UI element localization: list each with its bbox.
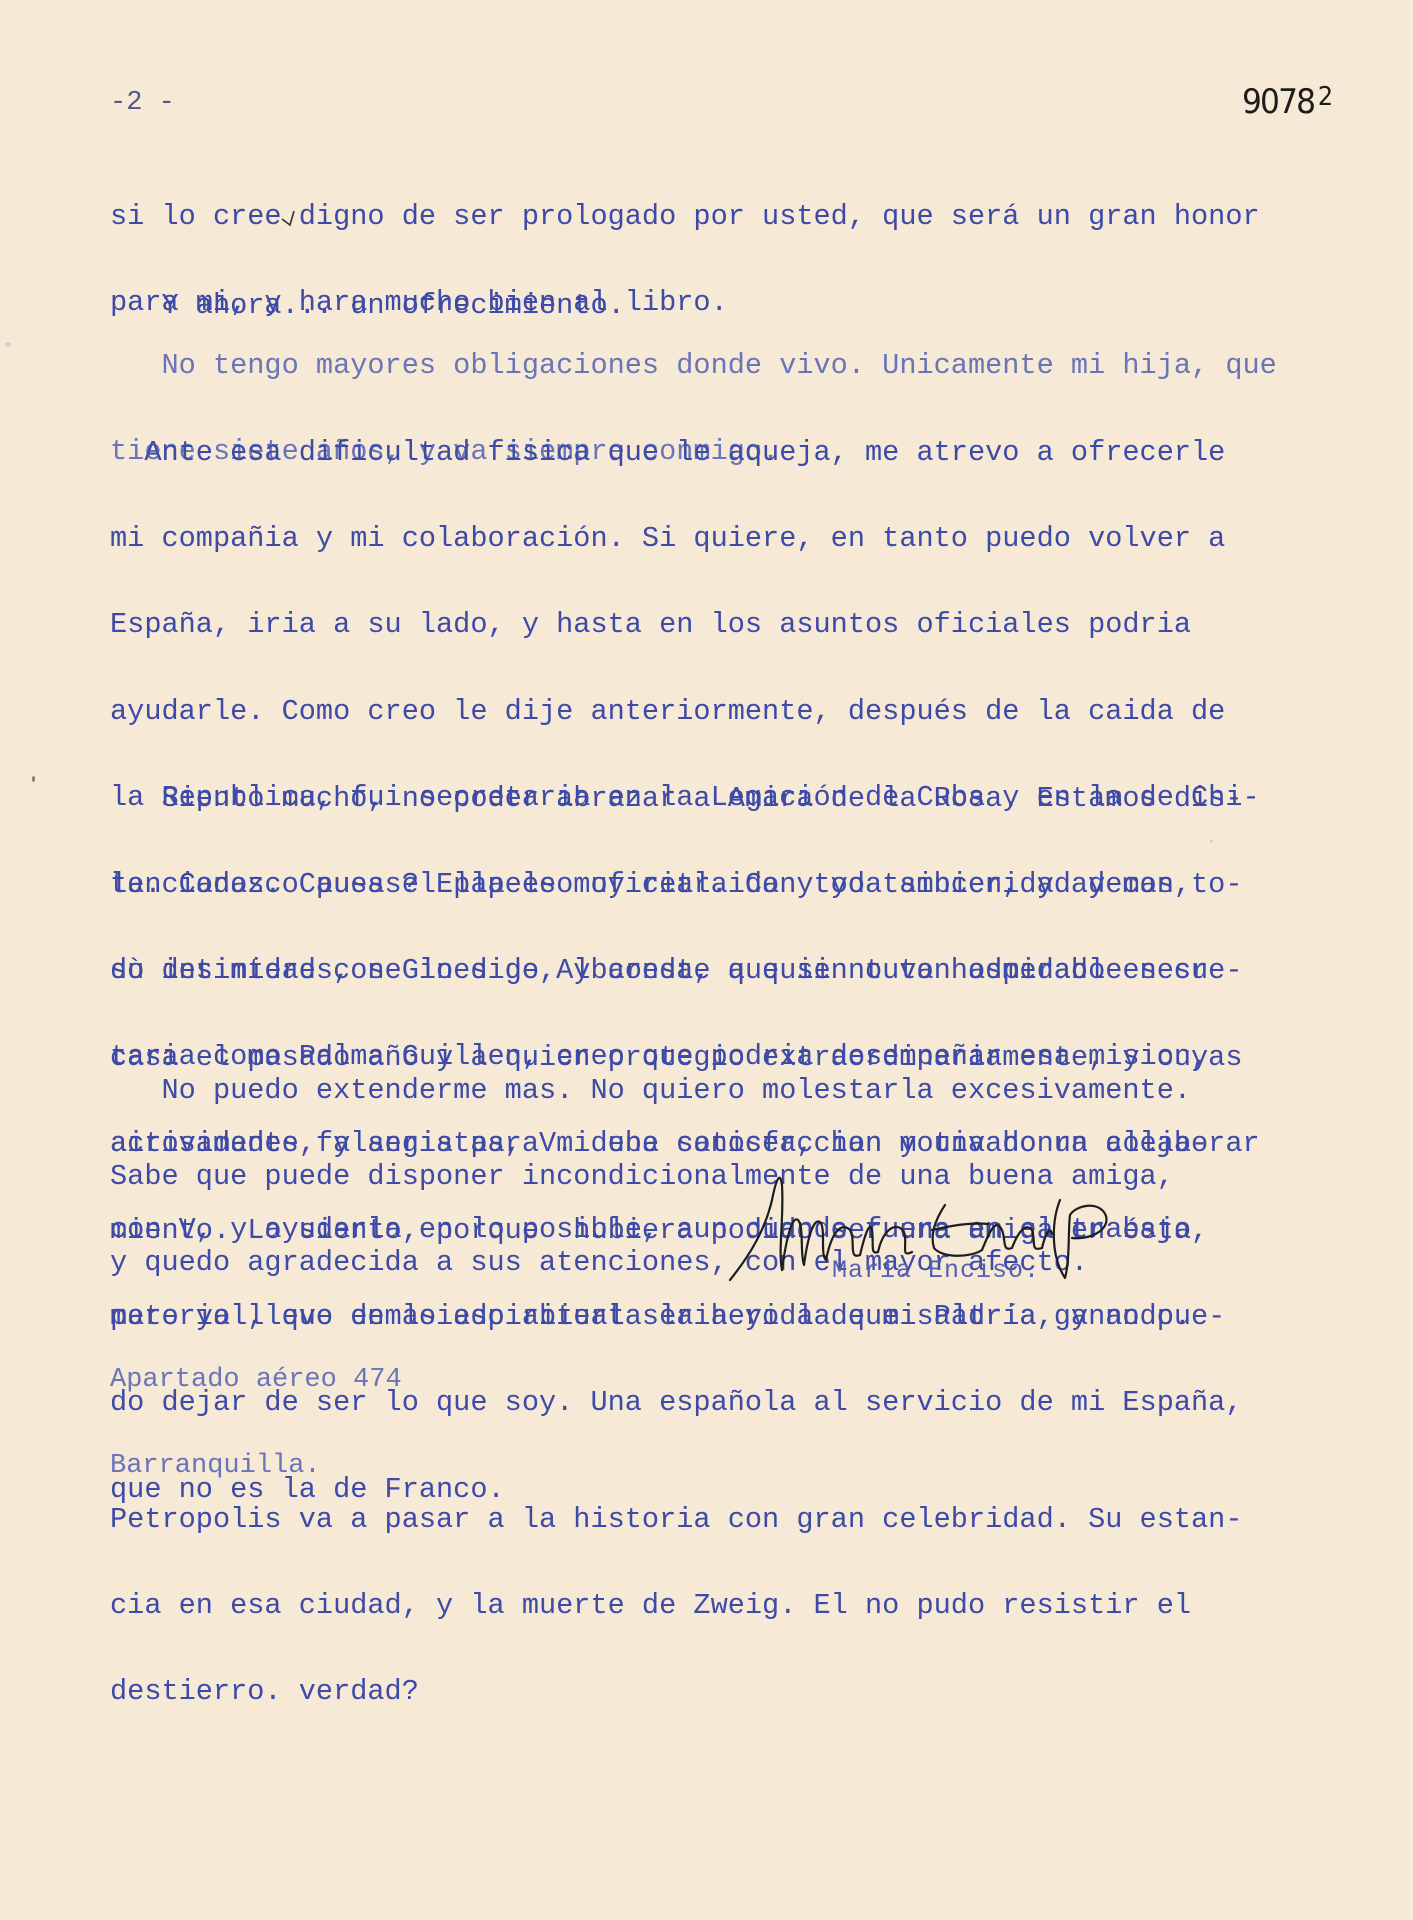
text-line: cia en esa ciudad, y la muerte de Zweig.… [110, 1592, 1310, 1621]
archive-number: 90782 [1242, 82, 1331, 122]
text-line: destierro. verdad? [110, 1678, 1310, 1707]
paper-speck [32, 776, 35, 782]
address-line: Apartado aéreo 474 [110, 1366, 1310, 1395]
typed-signature-name: Maria Enciso. [832, 1256, 1040, 1285]
text-line: Ante esa dificultad fisica que le aqueja… [110, 439, 1310, 468]
page-number: -2 - [110, 88, 175, 118]
text-line: mi compañia y mi colaboración. Si quiere… [110, 525, 1310, 554]
archive-number-suffix: 2 [1318, 82, 1331, 112]
text-line: Siento mucho, no poder abrazar a Amira d… [110, 785, 1310, 814]
text-line: tanciadas. Causas? Ella es muy retraida … [110, 871, 1310, 900]
handwritten-check-mark [278, 205, 308, 235]
text-line: No puedo extenderme mas. No quiero moles… [110, 1077, 1310, 1106]
text-line: ayudarle. Como creo le dije anteriorment… [110, 698, 1310, 727]
text-line: Petropolis va a pasar a la historia con … [110, 1506, 1310, 1535]
archive-number-main: 9078 [1242, 82, 1314, 122]
text-line: sù intimidad con Gines de Albareda, a qu… [110, 957, 1310, 986]
paper-speck [5, 342, 11, 347]
text-line: No tengo mayores obligaciones donde vivo… [110, 352, 1310, 381]
postscript: Petropolis va a pasar a la historia con … [110, 1448, 1310, 1736]
text-line: España, iria a su lado, y hasta en los a… [110, 611, 1310, 640]
